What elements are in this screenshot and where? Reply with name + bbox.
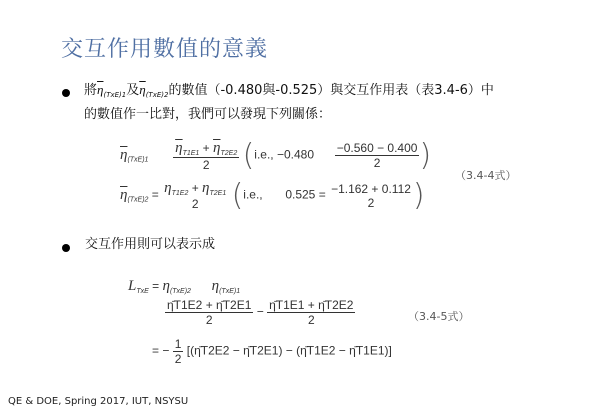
equation-3-4-5-line2: η̄T1E2 + η̄T2E1 2 − η̄T1E1 + η̄T2E2 2 [165,298,355,327]
equation-3-4-5-line3: = − 1 2 [(η̄T2E2 − η̄T2E1) − (η̄T1E2 − η… [152,337,392,366]
bullet-1-line1: 將η(TxE)1及η(TxE)2的數值（-0.480與-0.525）與交互作用表… [84,80,564,105]
footer: QE & DOE, Spring 2017, IUT, NSYSU [8,396,188,407]
slide-title: 交互作用數值的意義 [61,32,268,63]
bullet-1-line2: 的數值作一比對，我們可以發現下列關係： [84,105,564,124]
equation-3-4-4-row2: η(TxE)2 = ηT1E2 + ηT2E1 2 (i.e., 0.525 =… [120,178,425,213]
equation-tag-3-4-4: （3.4-4式） [455,167,516,183]
equation-3-4-4-row1: η(TxE)1 ηT1E1 + ηT2E2 2 (i.e., −0.480 −0… [120,138,431,173]
equation-tag-3-4-5: （3.4-5式） [408,308,469,324]
bullet-dot [62,89,70,97]
bullet-2-text: 交互作用則可以表示成 [85,235,215,254]
bullet-dot [62,244,70,252]
equation-3-4-5-line1: LTxE = η(TxE)2 η(TxE)1 [128,278,240,295]
bullet-1-text: 將η(TxE)1及η(TxE)2的數值（-0.480與-0.525）與交互作用表… [84,80,564,124]
